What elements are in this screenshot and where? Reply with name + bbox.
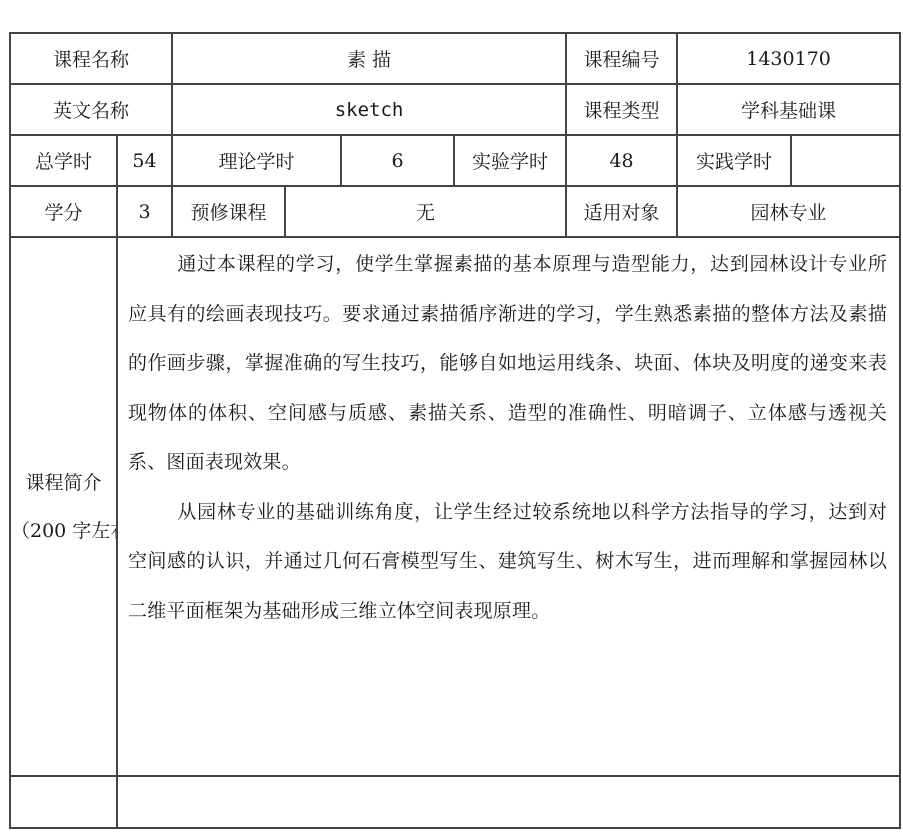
extra-value: [117, 776, 900, 828]
practice-hours-value: [791, 135, 900, 186]
credits-value: 3: [117, 186, 172, 237]
target-audience-value: 园林专业: [677, 186, 900, 237]
practice-hours-label: 实践学时: [677, 135, 791, 186]
introduction-label: 课程简介: [25, 472, 101, 494]
introduction-text-cell: 通过本课程的学习，使学生掌握素描的基本原理与造型能力，达到园林设计专业所应具有的…: [117, 237, 900, 776]
english-name-value: sketch: [172, 84, 566, 135]
prerequisites-value: 无: [285, 186, 566, 237]
course-info-sheet: 课程名称 素 描 课程编号 1430170 英文名称 sketch 课程类型 学…: [9, 32, 899, 828]
course-info-table: 课程名称 素 描 课程编号 1430170 英文名称 sketch 课程类型 学…: [9, 32, 901, 829]
course-type-label: 课程类型: [566, 84, 677, 135]
course-name-value: 素 描: [172, 33, 566, 84]
introduction-paragraph-2: 从园林专业的基础训练角度，让学生经过较系统地以科学方法指导的学习，达到对空间感的…: [128, 488, 887, 637]
row-course-name: 课程名称 素 描 课程编号 1430170: [10, 33, 900, 84]
theory-hours-label: 理论学时: [172, 135, 341, 186]
prerequisites-label: 预修课程: [172, 186, 285, 237]
lab-hours-label: 实验学时: [454, 135, 566, 186]
extra-label: [10, 776, 117, 828]
row-hours: 总学时 54 理论学时 6 实验学时 48 实践学时: [10, 135, 900, 186]
course-type-value: 学科基础课: [677, 84, 900, 135]
total-hours-value: 54: [117, 135, 172, 186]
row-credits: 学分 3 预修课程 无 适用对象 园林专业: [10, 186, 900, 237]
row-english-name: 英文名称 sketch 课程类型 学科基础课: [10, 84, 900, 135]
introduction-paragraph-1: 通过本课程的学习，使学生掌握素描的基本原理与造型能力，达到园林设计专业所应具有的…: [128, 240, 887, 488]
course-code-value: 1430170: [677, 33, 900, 84]
row-extra: [10, 776, 900, 828]
course-name-label: 课程名称: [10, 33, 172, 84]
lab-hours-value: 48: [566, 135, 677, 186]
english-name-label: 英文名称: [10, 84, 172, 135]
introduction-sublabel: （200 字左右）: [11, 511, 116, 551]
credits-label: 学分: [10, 186, 117, 237]
target-audience-label: 适用对象: [566, 186, 677, 237]
course-code-label: 课程编号: [566, 33, 677, 84]
total-hours-label: 总学时: [10, 135, 117, 186]
theory-hours-value: 6: [341, 135, 454, 186]
row-introduction: 课程简介 （200 字左右） 通过本课程的学习，使学生掌握素描的基本原理与造型能…: [10, 237, 900, 776]
introduction-label-cell: 课程简介 （200 字左右）: [10, 237, 117, 776]
